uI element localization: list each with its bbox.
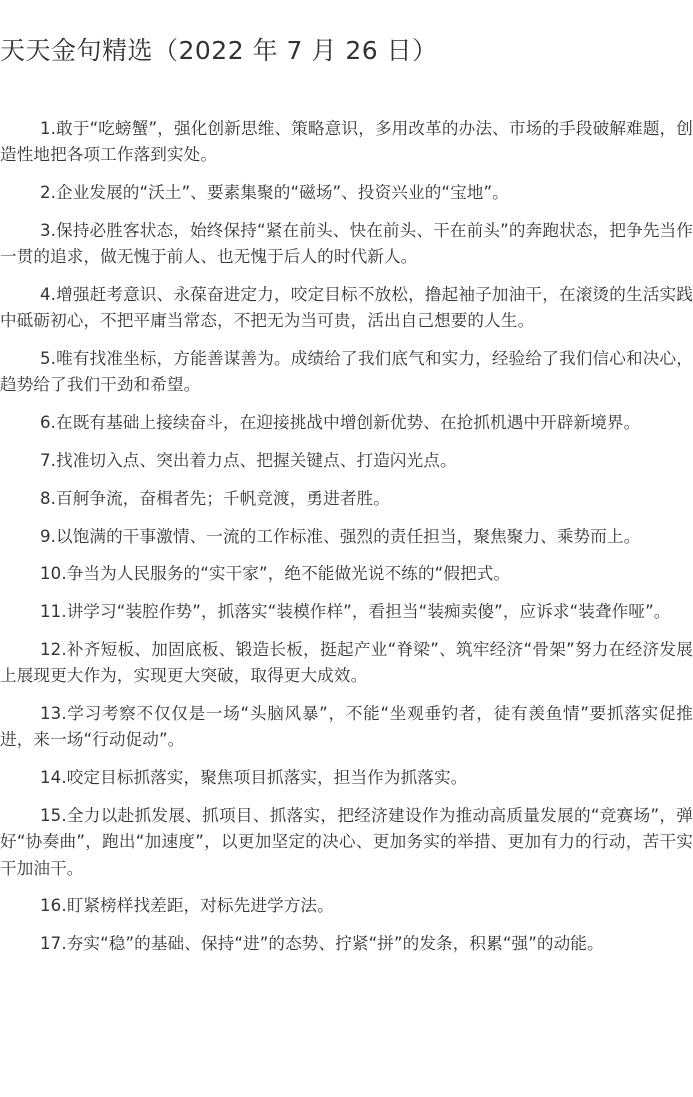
quote-list: 1.敢于“吃螃蟹”，强化创新思维、策略意识，多用改革的办法、市场的手段破解难题，… <box>0 116 693 969</box>
quote-item-11: 11.讲学习“装腔作势”，抓落实“装模作样”，看担当“装痴卖傻”，应诉求“装聋作… <box>0 599 693 625</box>
quote-item-1: 1.敢于“吃螃蟹”，强化创新思维、策略意识，多用改革的办法、市场的手段破解难题，… <box>0 116 693 169</box>
page-title: 天天金句精选（2022 年 7 月 26 日） <box>0 33 438 69</box>
quote-item-8: 8.百舸争流，奋楫者先；千帆竞渡，勇进者胜。 <box>0 486 693 512</box>
quote-item-6: 6.在既有基础上接续奋斗，在迎接挑战中增创新优势、在抢抓机遇中开辟新境界。 <box>0 410 693 436</box>
quote-item-14: 14.咬定目标抓落实，聚焦项目抓落实，担当作为抓落实。 <box>0 765 693 791</box>
quote-item-12: 12.补齐短板、加固底板、锻造长板，挺起产业“脊梁”、筑牢经济“骨架”努力在经济… <box>0 637 693 690</box>
quote-item-9: 9.以饱满的干事激情、一流的工作标准、强烈的责任担当，聚焦聚力、乘势而上。 <box>0 524 693 550</box>
quote-item-15: 15.全力以赴抓发展、抓项目、抓落实，把经济建设作为推动高质量发展的“竞赛场”，… <box>0 803 693 882</box>
quote-item-10: 10.争当为人民服务的“实干家”，绝不能做光说不练的“假把式。 <box>0 561 693 587</box>
quote-item-5: 5.唯有找准坐标，方能善谋善为。成绩给了我们底气和实力，经验给了我们信心和决心，… <box>0 346 693 399</box>
quote-item-16: 16.盯紧榜样找差距，对标先进学方法。 <box>0 893 693 919</box>
quote-item-13: 13.学习考察不仅仅是一场“头脑风暴”，不能“坐观垂钓者，徒有羡鱼情”要抓落实促… <box>0 701 693 754</box>
quote-item-4: 4.增强赶考意识、永葆奋进定力，咬定目标不放松，撸起袖子加油干，在滚烫的生活实践… <box>0 282 693 335</box>
quote-item-17: 17.夯实“稳”的基础、保持“进”的态势、拧紧“拼”的发条，积累“强”的动能。 <box>0 931 693 957</box>
quote-item-7: 7.找准切入点、突出着力点、把握关键点、打造闪光点。 <box>0 448 693 474</box>
quote-item-3: 3.保持必胜客状态，始终保持“紧在前头、快在前头、干在前头”的奔跑状态，把争先当… <box>0 218 693 271</box>
quote-item-2: 2.企业发展的“沃土”、要素集聚的“磁场”、投资兴业的“宝地”。 <box>0 180 693 206</box>
